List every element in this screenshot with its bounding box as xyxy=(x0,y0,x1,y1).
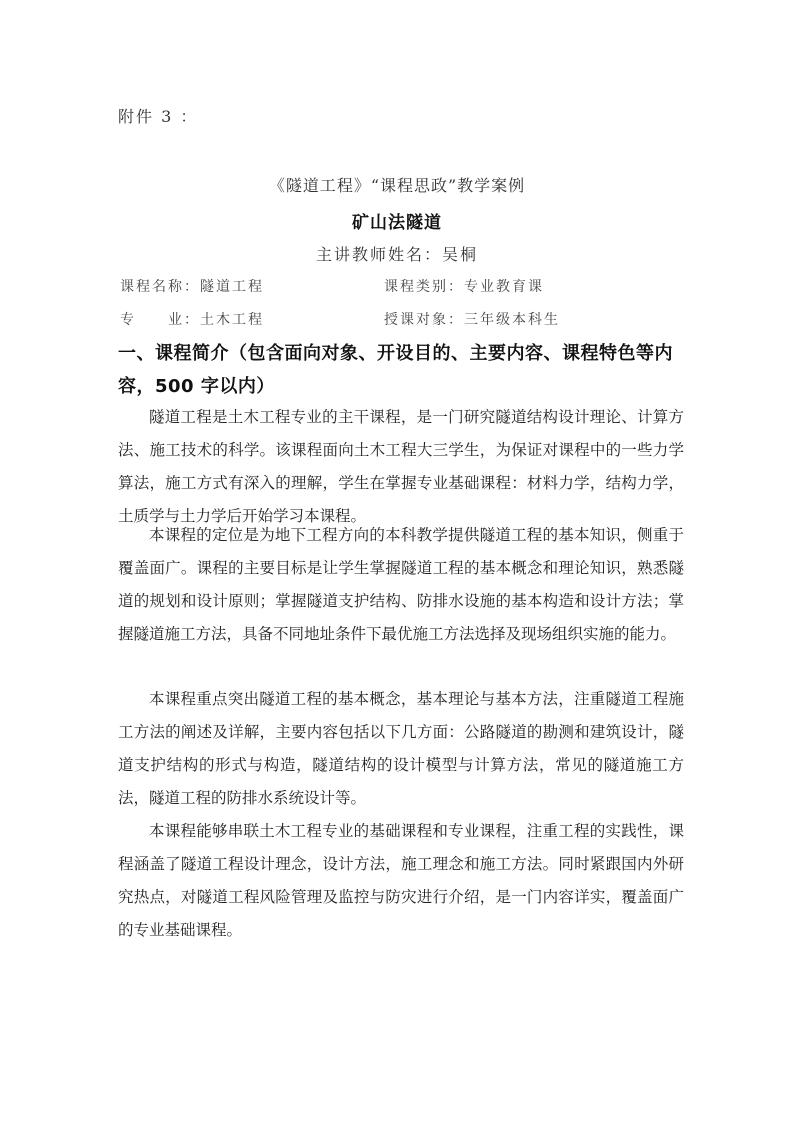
paragraph-2: 本课程的定位是为地下工程方向的本科教学提供隧道工程的基本知识，侧重于覆盖面广。课… xyxy=(118,519,684,651)
course-info-row-1: 课程名称：隧道工程 课程类别：专业教育课 xyxy=(120,276,264,296)
attachment-label: 附件 3 ： xyxy=(118,104,198,127)
document-page: 附件 3 ： 《隧道工程》“课程思政”教学案例 矿山法隧道 主讲教师姓名：吴桐 … xyxy=(0,0,794,1123)
teacher-name: 主讲教师姓名：吴桐 xyxy=(0,242,794,265)
audience-value: 三年级本科生 xyxy=(464,312,560,328)
major-field: 专 业：土木工程 xyxy=(120,312,264,328)
major-value: 土木工程 xyxy=(200,312,264,328)
course-info-row-2: 专 业：土木工程 授课对象：三年级本科生 xyxy=(120,309,264,329)
course-category-value: 专业教育课 xyxy=(464,279,544,295)
section-heading-course-intro: 一、课程简介（包含面向对象、开设目的、主要内容、课程特色等内容，500 字以内） xyxy=(118,337,686,403)
course-name-label: 课程名称： xyxy=(120,279,200,295)
course-name-value: 隧道工程 xyxy=(200,279,264,295)
major-label: 专 业： xyxy=(120,312,200,328)
course-category-label: 课程类别： xyxy=(384,279,464,295)
paragraph-4: 本课程能够串联土木工程专业的基础课程和专业课程，注重工程的实践性，课程涵盖了隧道… xyxy=(118,815,684,947)
paragraph-1: 隧道工程是土木工程专业的主干课程，是一门研究隧道结构设计理论、计算方法、施工技术… xyxy=(118,401,684,533)
document-subtitle: 矿山法隧道 xyxy=(0,208,794,233)
audience-field: 授课对象：三年级本科生 xyxy=(384,309,560,329)
paragraph-3: 本课程重点突出隧道工程的基本概念，基本理论与基本方法，注重隧道工程施工方法的阐述… xyxy=(118,683,684,815)
audience-label: 授课对象： xyxy=(384,312,464,328)
course-name-field: 课程名称：隧道工程 xyxy=(120,279,264,295)
course-category-field: 课程类别：专业教育课 xyxy=(384,276,544,296)
document-title: 《隧道工程》“课程思政”教学案例 xyxy=(0,173,794,196)
